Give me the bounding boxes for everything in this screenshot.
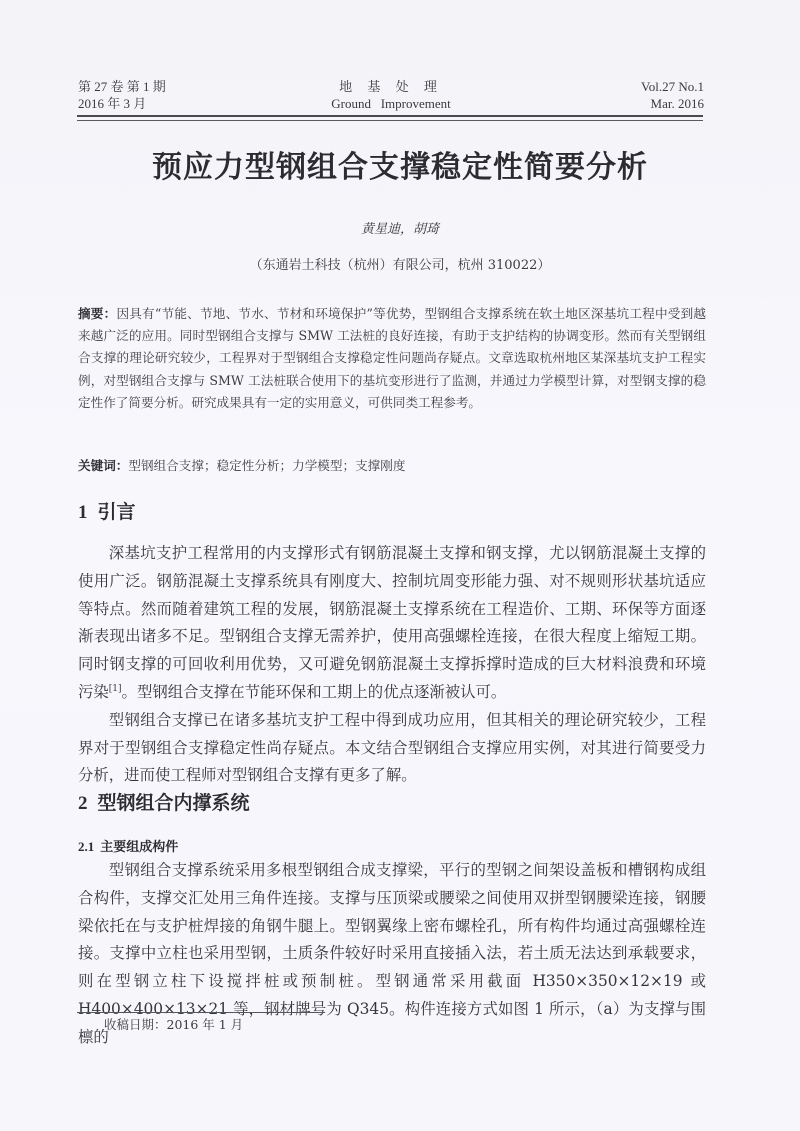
- keywords-label: 关键词：: [78, 458, 128, 473]
- running-header-center: 地 基 处 理 Ground Improvement: [78, 78, 704, 112]
- header-rule-thin: [77, 120, 703, 121]
- keywords: 关键词：型钢组合支撑；稳定性分析；力学模型；支撑刚度: [78, 455, 706, 477]
- subsection-2-1-heading: 2.1主要组成构件: [78, 836, 178, 855]
- header-rule-thick: [77, 115, 703, 117]
- section-title: 引言: [98, 501, 136, 523]
- section-number: 2: [78, 793, 88, 814]
- date-en: Mar. 2016: [641, 95, 704, 112]
- article-title: 预应力型钢组合支撑稳定性简要分析: [0, 148, 800, 188]
- paragraph: 型钢组合支撑已在诸多基坑支护工程中得到成功应用，但其相关的理论研究较少，工程界对…: [78, 707, 706, 790]
- abstract: 摘要：因具有“节能、节地、节水、节材和环境保护”等优势，型钢组合支撑系统在软土地…: [78, 303, 706, 414]
- section-number: 1: [78, 502, 88, 523]
- section-1-heading: 1引言: [78, 499, 136, 526]
- journal-name-en: Ground Improvement: [78, 95, 704, 112]
- footnote-rule: [77, 1012, 325, 1013]
- abstract-text: 因具有“节能、节地、节水、节材和环境保护”等优势，型钢组合支撑系统在软土地区深基…: [78, 306, 706, 410]
- subsection-number: 2.1: [78, 839, 94, 854]
- journal-page: 第 27 卷 第 1 期 2016 年 3 月 地 基 处 理 Ground I…: [0, 0, 800, 1131]
- paragraph-text: 。型钢组合支撑在节能环保和工期上的优点逐渐被认可。: [122, 683, 507, 701]
- running-header: 第 27 卷 第 1 期 2016 年 3 月 地 基 处 理 Ground I…: [78, 78, 704, 112]
- received-date-footnote: 收稿日期：2016 年 1 月: [104, 1015, 243, 1033]
- subsection-title: 主要组成构件: [100, 840, 178, 855]
- paragraph: 深基坑支护工程常用的内支撑形式有钢筋混凝土支撑和钢支撑，尤以钢筋混凝土支撑的使用…: [78, 540, 706, 707]
- section-1-body: 深基坑支护工程常用的内支撑形式有钢筋混凝土支撑和钢支撑，尤以钢筋混凝土支撑的使用…: [78, 540, 706, 790]
- keywords-text: 型钢组合支撑；稳定性分析；力学模型；支撑刚度: [128, 458, 405, 473]
- section-2-heading: 2型钢组合内撑系统: [78, 790, 250, 817]
- running-header-right: Vol.27 No.1 Mar. 2016: [641, 78, 704, 112]
- journal-name-cn: 地 基 处 理: [78, 78, 704, 95]
- citation-ref[interactable]: [1]: [109, 684, 122, 694]
- volume-issue-en: Vol.27 No.1: [641, 78, 704, 95]
- paragraph-text: 深基坑支护工程常用的内支撑形式有钢筋混凝土支撑和钢支撑，尤以钢筋混凝土支撑的使用…: [78, 544, 706, 701]
- article-authors: 黄星迪，胡琦: [0, 218, 800, 237]
- article-affiliation: （东通岩土科技（杭州）有限公司，杭州 310022）: [0, 254, 800, 273]
- section-title: 型钢组合内撑系统: [98, 792, 250, 814]
- abstract-label: 摘要：: [78, 306, 116, 321]
